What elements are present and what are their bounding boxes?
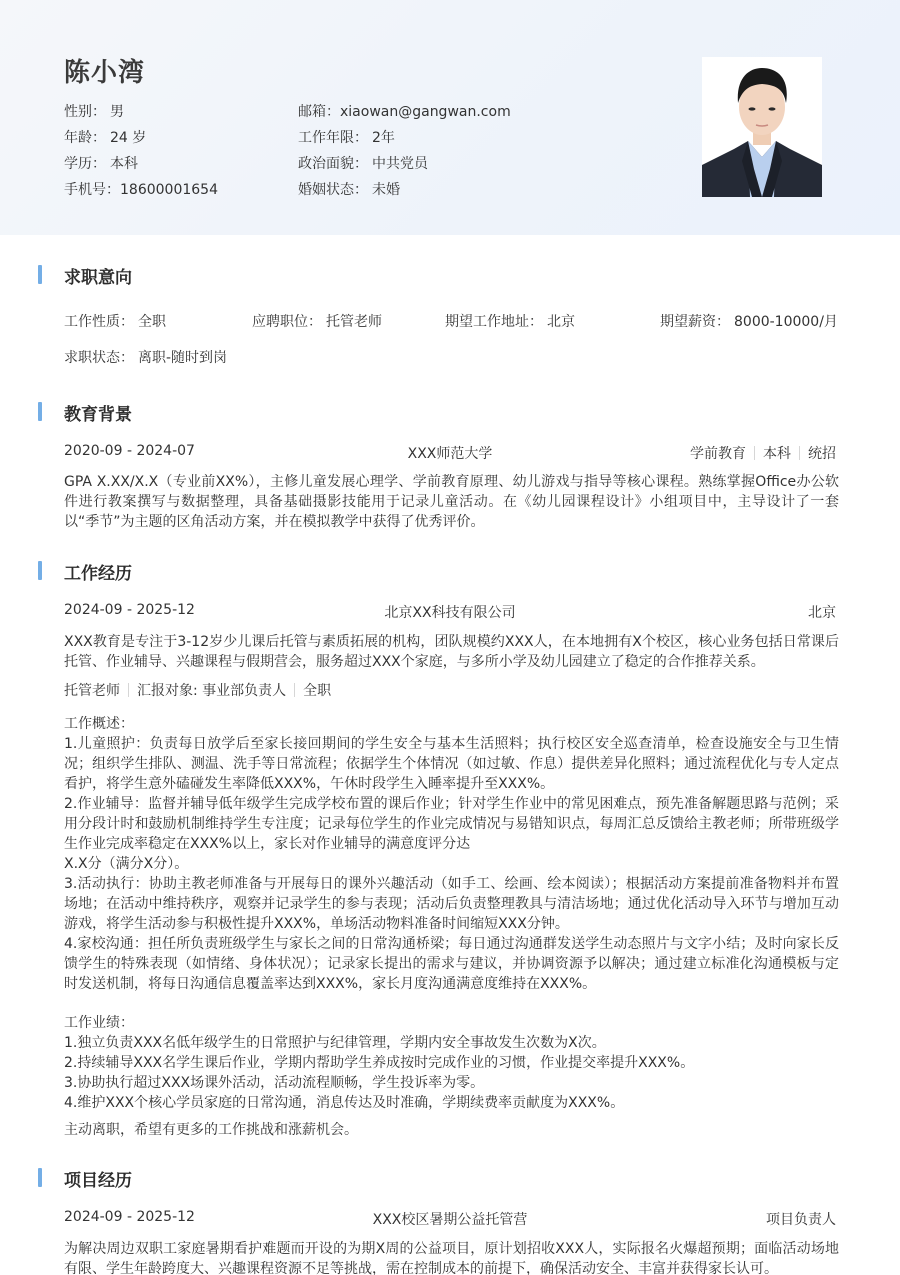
overview-item: 4.家校沟通：担任所负责班级学生与家长之间的日常沟通桥梁；每日通过沟通群发送学生… <box>64 934 839 994</box>
profile-photo <box>702 57 822 197</box>
resume-header: 陈小湾 性别：男 年龄：24 岁 学历：本科 手机号：18600001654 邮… <box>0 0 900 235</box>
intent-location: 期望工作地址：北京 <box>445 311 575 331</box>
overview-title: 工作概述： <box>64 714 839 734</box>
project-period: 2024-09 - 2025-12 <box>64 1209 195 1225</box>
overview-item: X.X分（满分X分）。 <box>64 854 839 874</box>
info-value: 中共党员 <box>372 156 428 172</box>
info-label: 性别： <box>64 104 106 120</box>
info-label: 邮箱： <box>298 104 340 120</box>
section-title-work: 工作经历 <box>64 559 132 584</box>
info-phone: 手机号：18600001654 <box>64 179 218 199</box>
intent-label: 求职状态： <box>64 350 134 366</box>
intent-value: 8000-10000/月 <box>734 314 838 330</box>
section-title-project: 项目经历 <box>64 1166 132 1191</box>
education-description: GPA X.XX/X.X（专业前XX%），主修儿童发展心理学、学前教育原理、幼儿… <box>64 472 839 532</box>
info-marital: 婚姻状态：未婚 <box>298 179 400 199</box>
leave-reason: 主动离职，希望有更多的工作挑战和涨薪机会。 <box>64 1120 839 1140</box>
achievement-item: 4.维护XXX个核心学员家庭的日常沟通，消息传达及时准确，学期续费率贡献度为XX… <box>64 1093 839 1113</box>
company-intro: XXX教育是专注于3-12岁少儿课后托管与素质拓展的机构，团队规模约XXX人，在… <box>64 632 839 672</box>
work-location: 北京 <box>536 602 836 622</box>
education-period: 2020-09 - 2024-07 <box>64 443 195 459</box>
intent-label: 工作性质： <box>64 314 134 330</box>
info-label: 政治面貌： <box>298 156 368 172</box>
info-value: 18600001654 <box>120 182 218 198</box>
divider <box>294 683 295 697</box>
work-tags: 托管老师汇报对象: 事业部负责人全职 <box>64 680 331 700</box>
intent-label: 期望薪资： <box>660 314 730 330</box>
work-overview: 工作概述： 1.儿童照护：负责每日放学后至家长接回期间的学生安全与基本生活照料；… <box>64 714 839 994</box>
achievement-item: 1.独立负责XXX名低年级学生的日常照护与纪律管理，学期内安全事故发生次数为X次… <box>64 1033 839 1053</box>
tag-enrollment: 统招 <box>808 446 836 462</box>
intent-value: 托管老师 <box>326 314 382 330</box>
intent-value: 北京 <box>547 314 575 330</box>
intent-label: 应聘职位： <box>252 314 322 330</box>
info-gender: 性别：男 <box>64 101 124 121</box>
achievements-title: 工作业绩： <box>64 1013 839 1033</box>
education-tags: 学前教育本科统招 <box>536 443 836 463</box>
tag-report-to: 汇报对象: 事业部负责人 <box>137 683 286 699</box>
candidate-name: 陈小湾 <box>64 52 145 89</box>
intent-value: 离职-随时到岗 <box>138 350 227 366</box>
section-accent-bar <box>38 265 42 284</box>
intent-job-type: 工作性质：全职 <box>64 311 166 331</box>
info-label: 工作年限： <box>298 130 368 146</box>
tag-role: 托管老师 <box>64 683 120 699</box>
work-achievements: 工作业绩： 1.独立负责XXX名低年级学生的日常照护与纪律管理，学期内安全事故发… <box>64 1013 839 1113</box>
info-label: 学历： <box>64 156 106 172</box>
tag-major: 学前教育 <box>690 446 746 462</box>
info-value: 24 岁 <box>110 130 146 146</box>
intent-label: 期望工作地址： <box>445 314 543 330</box>
project-description: 为解决周边双职工家庭暑期看护难题而开设的为期X周的公益项目，原计划招收XXX人，… <box>64 1239 839 1275</box>
achievement-item: 2.持续辅导XXX名学生课后作业，学期内帮助学生养成按时完成作业的习惯，作业提交… <box>64 1053 839 1073</box>
intent-salary: 期望薪资：8000-10000/月 <box>660 311 838 331</box>
info-email: 邮箱：xiaowan@gangwan.com <box>298 101 511 121</box>
info-value: 2年 <box>372 130 395 146</box>
section-accent-bar <box>38 402 42 421</box>
person-portrait-icon <box>702 57 822 197</box>
achievement-item: 3.协助执行超过XXX场课外活动，活动流程顺畅，学生投诉率为零。 <box>64 1073 839 1093</box>
overview-item: 1.儿童照护：负责每日放学后至家长接回期间的学生安全与基本生活照料；执行校区安全… <box>64 734 839 794</box>
section-accent-bar <box>38 561 42 580</box>
info-age: 年龄：24 岁 <box>64 127 146 147</box>
intent-status: 求职状态：离职-随时到岗 <box>64 347 227 367</box>
tag-degree: 本科 <box>763 446 791 462</box>
info-value: 本科 <box>110 156 138 172</box>
overview-item: 3.活动执行：协助主教老师准备与开展每日的课外兴趣活动（如手工、绘画、绘本阅读）… <box>64 874 839 934</box>
project-role: 项目负责人 <box>536 1209 836 1229</box>
info-label: 手机号： <box>64 182 120 198</box>
info-value: 男 <box>110 104 124 120</box>
divider <box>799 446 800 460</box>
info-education: 学历：本科 <box>64 153 138 173</box>
info-label: 年龄： <box>64 130 106 146</box>
section-accent-bar <box>38 1168 42 1187</box>
section-title-job-intent: 求职意向 <box>64 263 132 288</box>
info-label: 婚姻状态： <box>298 182 368 198</box>
info-political: 政治面貌：中共党员 <box>298 153 428 173</box>
overview-item: 2.作业辅导：监督并辅导低年级学生完成学校布置的课后作业；针对学生作业中的常见困… <box>64 794 839 854</box>
info-value: 未婚 <box>372 182 400 198</box>
info-years: 工作年限：2年 <box>298 127 395 147</box>
divider <box>754 446 755 460</box>
section-title-education: 教育背景 <box>64 400 132 425</box>
email-link[interactable]: xiaowan@gangwan.com <box>340 104 511 120</box>
intent-position: 应聘职位：托管老师 <box>252 311 382 331</box>
work-period: 2024-09 - 2025-12 <box>64 602 195 618</box>
divider <box>128 683 129 697</box>
intent-value: 全职 <box>138 314 166 330</box>
tag-type: 全职 <box>303 683 331 699</box>
